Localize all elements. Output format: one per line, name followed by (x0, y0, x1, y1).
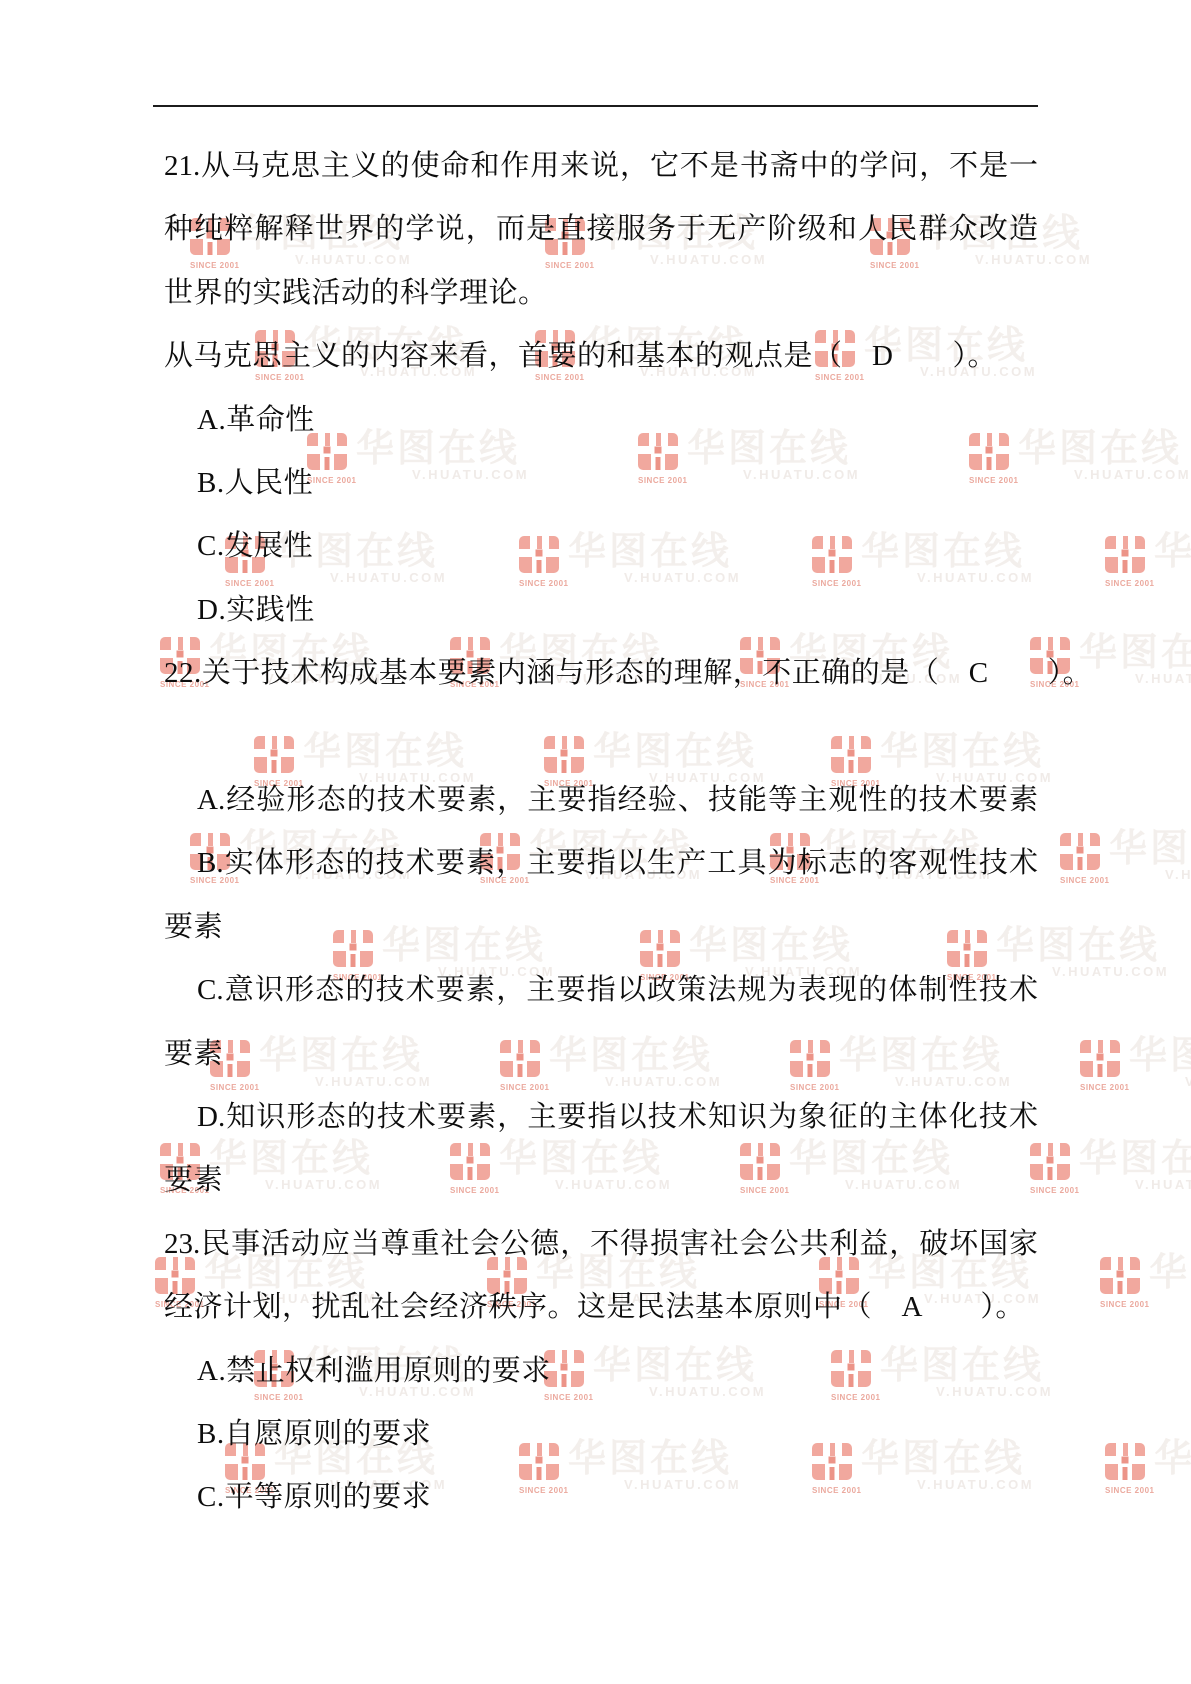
watermark-brand-text: 华图在线 (1018, 433, 1191, 465)
watermark-url-text: V.HUATU.COM (936, 1384, 1053, 1399)
watermark-brand-text: 华图在线 (382, 930, 555, 962)
huatu-logo-icon (638, 433, 678, 470)
huatu-logo-icon (812, 536, 852, 573)
huatu-logo-icon (1100, 1257, 1140, 1294)
watermark-logo: SINCE 2001 (831, 1350, 871, 1402)
watermark-brand-text: 华图在线 (1079, 637, 1191, 669)
watermark-since-text: SINCE 2001 (210, 1083, 250, 1092)
watermark-cluster: SINCE 2001华图在线V.HUATU.COM (740, 1143, 962, 1195)
watermark-since-text: SINCE 2001 (545, 261, 585, 270)
question-22-line: 要素 (164, 1035, 223, 1073)
watermark-brand-text: 华图在线 (839, 1040, 1012, 1072)
watermark-logo: SINCE 2001 (1080, 1040, 1120, 1092)
watermark-url-text: V.HUATU.COM (895, 1074, 1012, 1089)
watermark-logo: SINCE 2001 (1100, 1257, 1140, 1309)
watermark-logo: SINCE 2001 (519, 536, 559, 588)
watermark-cluster: SINCE 2001华图在线V.HUATU.COM (812, 1443, 1034, 1495)
watermark-brand-text: 华图在线 (259, 1040, 432, 1072)
watermark-cluster: SINCE 2001华图在线V.HUATU.COM (450, 1143, 672, 1195)
watermark-since-text: SINCE 2001 (519, 579, 559, 588)
document-page: SINCE 2001华图在线V.HUATU.COMSINCE 2001华图在线V… (0, 0, 1191, 1684)
watermark-cluster: SINCE 2001华图在线V.HUATU.COM (1030, 1143, 1191, 1195)
watermark-url-text: V.HUATU.COM (1052, 964, 1169, 979)
watermark-url-text: V.HUATU.COM (265, 1177, 382, 1192)
watermark-cluster: SINCE 2001华图在线V.HUATU.COM (638, 433, 860, 485)
watermark-url-text: V.HUATU.COM (330, 570, 447, 585)
watermark-cluster: SINCE 2001华图在线V.HUATU.COM (1060, 833, 1191, 885)
watermark-url-text: V.HUATU.COM (1135, 1177, 1191, 1192)
watermark-brand-text: 华图在线 (593, 736, 766, 768)
question-23-line: 23.民事活动应当尊重社会公德，不得损害社会公共利益，破坏国家 (164, 1225, 1038, 1263)
watermark-brand-text: 华图在线 (568, 1443, 741, 1475)
watermark-brand-text: 华图在线 (996, 930, 1169, 962)
watermark-cluster: SINCE 2001华图在线V.HUATU.COM (519, 536, 741, 588)
watermark-cluster: SINCE 2001华图在线V.HUATU.COM (812, 536, 1034, 588)
huatu-logo-icon (1105, 536, 1145, 573)
watermark-brand-text: 华图在线 (861, 536, 1034, 568)
watermark-logo: SINCE 2001 (1030, 1143, 1070, 1195)
watermark-since-text: SINCE 2001 (1080, 1083, 1120, 1092)
watermark-url-text: V.HUATU.COM (605, 1074, 722, 1089)
watermark-since-text: SINCE 2001 (190, 261, 230, 270)
huatu-logo-icon (450, 1143, 490, 1180)
watermark-since-text: SINCE 2001 (790, 1083, 830, 1092)
question-23-line: B.自愿原则的要求 (197, 1415, 431, 1453)
huatu-logo-icon (790, 1040, 830, 1077)
huatu-logo-icon (544, 736, 584, 773)
question-22-line: B.实体形态的技术要素，主要指以生产工具为标志的客观性技术 (197, 844, 1038, 882)
watermark-url-text: V.HUATU.COM (624, 570, 741, 585)
watermark-cluster: SINCE 2001华图在线V.HUATU.COM (1105, 536, 1191, 588)
watermark-brand-text: 华图在线 (689, 930, 862, 962)
question-21-line: 世界的实践活动的科学理论。 (164, 274, 548, 312)
question-21-line: 21.从马克思主义的使命和作用来说，它不是书斋中的学问，不是一 (164, 147, 1038, 185)
huatu-logo-icon (1080, 1040, 1120, 1077)
watermark-logo: SINCE 2001 (450, 1143, 490, 1195)
huatu-logo-icon (1105, 1443, 1145, 1480)
watermark-logo: SINCE 2001 (812, 1443, 852, 1495)
watermark-url-text: V.HUATU.COM (1165, 867, 1191, 882)
watermark-brand-text: 华图在线 (356, 433, 529, 465)
watermark-url-text: V.HUATU.COM (917, 570, 1034, 585)
watermark-logo: SINCE 2001 (1105, 1443, 1145, 1495)
watermark-url-text: V.HUATU.COM (412, 467, 529, 482)
huatu-logo-icon (947, 930, 987, 967)
watermark-brand-text: 华图在线 (1149, 1257, 1191, 1289)
watermark-cluster: SINCE 2001华图在线V.HUATU.COM (1100, 1257, 1191, 1309)
huatu-logo-icon (640, 930, 680, 967)
watermark-since-text: SINCE 2001 (969, 476, 1009, 485)
watermark-logo: SINCE 2001 (790, 1040, 830, 1092)
watermark-cluster: SINCE 2001华图在线V.HUATU.COM (500, 1040, 722, 1092)
huatu-logo-icon (812, 1443, 852, 1480)
watermark-since-text: SINCE 2001 (1105, 1486, 1145, 1495)
watermark-brand-text: 华图在线 (568, 536, 741, 568)
watermark-brand-text: 华图在线 (1154, 1443, 1191, 1475)
question-21-line: C.发展性 (197, 527, 313, 565)
question-23-line: 经济计划，扰乱社会经济秩序。这是民法基本原则中（ A ）。 (164, 1288, 1025, 1326)
question-21-line: 种纯粹解释世界的学说，而是直接服务于无产阶级和人民群众改造 (164, 210, 1038, 248)
watermark-brand-text: 华图在线 (499, 1143, 672, 1175)
watermark-url-text: V.HUATU.COM (845, 1177, 962, 1192)
watermark-url-text: V.HUATU.COM (555, 1177, 672, 1192)
watermark-since-text: SINCE 2001 (812, 579, 852, 588)
question-22-line: 要素 (164, 1161, 223, 1199)
huatu-logo-icon (831, 736, 871, 773)
header-rule (153, 105, 1038, 107)
watermark-since-text: SINCE 2001 (500, 1083, 540, 1092)
question-22-line: D.知识形态的技术要素，主要指以技术知识为象征的主体化技术 (197, 1098, 1038, 1136)
question-23-line: C.平等原则的要求 (197, 1478, 431, 1516)
huatu-logo-icon (831, 1350, 871, 1387)
watermark-layer: SINCE 2001华图在线V.HUATU.COMSINCE 2001华图在线V… (0, 0, 1191, 1684)
watermark-url-text: V.HUATU.COM (1074, 467, 1191, 482)
watermark-brand-text: 华图在线 (209, 1143, 382, 1175)
watermark-cluster: SINCE 2001华图在线V.HUATU.COM (544, 1350, 766, 1402)
watermark-logo: SINCE 2001 (812, 536, 852, 588)
watermark-brand-text: 华图在线 (593, 1350, 766, 1382)
watermark-since-text: SINCE 2001 (450, 1186, 490, 1195)
watermark-logo: SINCE 2001 (740, 1143, 780, 1195)
watermark-url-text: V.HUATU.COM (315, 1074, 432, 1089)
watermark-url-text: V.HUATU.COM (649, 1384, 766, 1399)
watermark-since-text: SINCE 2001 (740, 1186, 780, 1195)
watermark-cluster: SINCE 2001华图在线V.HUATU.COM (307, 433, 529, 485)
watermark-brand-text: 华图在线 (687, 433, 860, 465)
watermark-since-text: SINCE 2001 (1105, 579, 1145, 588)
watermark-since-text: SINCE 2001 (870, 261, 910, 270)
watermark-since-text: SINCE 2001 (638, 476, 678, 485)
huatu-logo-icon (519, 536, 559, 573)
watermark-cluster: SINCE 2001华图在线V.HUATU.COM (969, 433, 1191, 485)
watermark-cluster: SINCE 2001华图在线V.HUATU.COM (831, 1350, 1053, 1402)
huatu-logo-icon (333, 930, 373, 967)
huatu-logo-icon (519, 1443, 559, 1480)
watermark-since-text: SINCE 2001 (1100, 1300, 1140, 1309)
watermark-since-text: SINCE 2001 (254, 1393, 294, 1402)
question-21-line: D.实践性 (197, 591, 315, 629)
huatu-logo-icon (1030, 1143, 1070, 1180)
question-21-line: 从马克思主义的内容来看，首要的和基本的观点是（ D ）。 (164, 337, 997, 375)
watermark-since-text: SINCE 2001 (1060, 876, 1100, 885)
watermark-since-text: SINCE 2001 (544, 1393, 584, 1402)
question-21-line: A.革命性 (197, 401, 315, 439)
watermark-cluster: SINCE 2001华图在线V.HUATU.COM (1080, 1040, 1191, 1092)
question-22-line: 要素 (164, 908, 223, 946)
watermark-logo: SINCE 2001 (1105, 536, 1145, 588)
watermark-logo: SINCE 2001 (969, 433, 1009, 485)
watermark-logo: SINCE 2001 (519, 1443, 559, 1495)
question-22-line: C.意识形态的技术要素，主要指以政策法规为表现的体制性技术 (197, 971, 1038, 1009)
watermark-since-text: SINCE 2001 (225, 579, 265, 588)
watermark-brand-text: 华图在线 (861, 1443, 1034, 1475)
question-22-line: A.经验形态的技术要素，主要指经验、技能等主观性的技术要素 (197, 781, 1038, 819)
watermark-since-text: SINCE 2001 (812, 1486, 852, 1495)
watermark-brand-text: 华图在线 (880, 1350, 1053, 1382)
huatu-logo-icon (969, 433, 1009, 470)
watermark-brand-text: 华图在线 (1109, 833, 1191, 865)
watermark-since-text: SINCE 2001 (1030, 1186, 1070, 1195)
watermark-brand-text: 华图在线 (880, 736, 1053, 768)
watermark-cluster: SINCE 2001华图在线V.HUATU.COM (519, 1443, 741, 1495)
watermark-url-text: V.HUATU.COM (975, 252, 1092, 267)
watermark-brand-text: 华图在线 (789, 1143, 962, 1175)
watermark-brand-text: 华图在线 (1129, 1040, 1191, 1072)
question-23-line: A.禁止权利滥用原则的要求 (197, 1352, 551, 1390)
watermark-brand-text: 华图在线 (1154, 536, 1191, 568)
watermark-since-text: SINCE 2001 (519, 1486, 559, 1495)
watermark-url-text: V.HUATU.COM (917, 1477, 1034, 1492)
watermark-logo: SINCE 2001 (638, 433, 678, 485)
huatu-logo-icon (1060, 833, 1100, 870)
watermark-url-text: V.HUATU.COM (1135, 671, 1191, 686)
question-21-line: B.人民性 (197, 464, 313, 502)
huatu-logo-icon (254, 736, 294, 773)
watermark-logo: SINCE 2001 (1060, 833, 1100, 885)
watermark-cluster: SINCE 2001华图在线V.HUATU.COM (790, 1040, 1012, 1092)
watermark-cluster: SINCE 2001华图在线V.HUATU.COM (210, 1040, 432, 1092)
huatu-logo-icon (500, 1040, 540, 1077)
watermark-since-text: SINCE 2001 (831, 1393, 871, 1402)
watermark-brand-text: 华图在线 (1079, 1143, 1191, 1175)
watermark-brand-text: 华图在线 (549, 1040, 722, 1072)
watermark-url-text: V.HUATU.COM (743, 467, 860, 482)
watermark-cluster: SINCE 2001华图在线V.HUATU.COM (1105, 1443, 1191, 1495)
watermark-brand-text: 华图在线 (303, 736, 476, 768)
huatu-logo-icon (740, 1143, 780, 1180)
watermark-url-text: V.HUATU.COM (650, 252, 767, 267)
watermark-url-text: V.HUATU.COM (624, 1477, 741, 1492)
question-22-line: 22.关于技术构成基本要素内涵与形态的理解，不正确的是（ C ）。 (164, 654, 1092, 692)
watermark-url-text: V.HUATU.COM (1185, 1074, 1191, 1089)
watermark-logo: SINCE 2001 (500, 1040, 540, 1092)
watermark-url-text: V.HUATU.COM (295, 252, 412, 267)
